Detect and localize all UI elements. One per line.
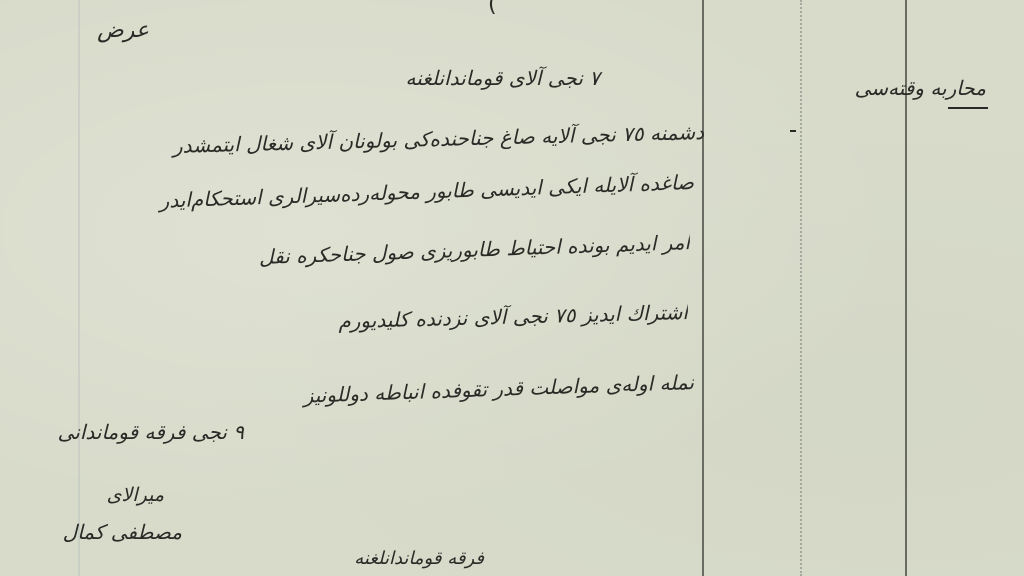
body-line-5: نمله اوله‌ی مواصلت قدر تقوفده انباطه دول…	[74, 370, 695, 421]
signature-unit-line: ٩ نجی فرقه قوماندانی	[58, 420, 244, 444]
left-margin-faint-rule	[78, 0, 80, 576]
bottom-partial-line: فرقه قوماندانلغنه	[354, 548, 484, 569]
column-rule-1	[702, 0, 704, 576]
body-line-3: امر ایدیم بونده احتیاط طابوریزی صول جناح…	[0, 230, 691, 283]
margin-ink-dash	[790, 130, 796, 132]
heading-arz: عرض	[97, 18, 149, 43]
top-ink-fragment: (	[488, 0, 497, 17]
body-line-2: صاغده آلایله ایكی ایدیسی طابور محوله‌رده…	[0, 170, 695, 223]
document-page: ( عرض ٧ نجی آلای قوماندانلغنه دشمنه ٧٥ ن…	[0, 0, 1024, 576]
margin-note: محاربه وقته‌سی	[855, 76, 986, 100]
signature-rank: میرالای	[107, 484, 164, 506]
body-line-4: اشتراك ایدیز ٧٥ نجی آلای نزدنده كلیدیورم	[48, 300, 689, 346]
addressee-line: ٧ نجی آلای قوماندانلغنه	[406, 66, 601, 90]
signature-name: مصطفی كمال	[63, 520, 182, 544]
margin-note-underline	[948, 107, 988, 109]
body-line-1: دشمنه ٧٥ نجی آلایه صاغ جناحنده‌كی بولونا…	[4, 120, 705, 167]
column-rule-2	[800, 0, 802, 576]
